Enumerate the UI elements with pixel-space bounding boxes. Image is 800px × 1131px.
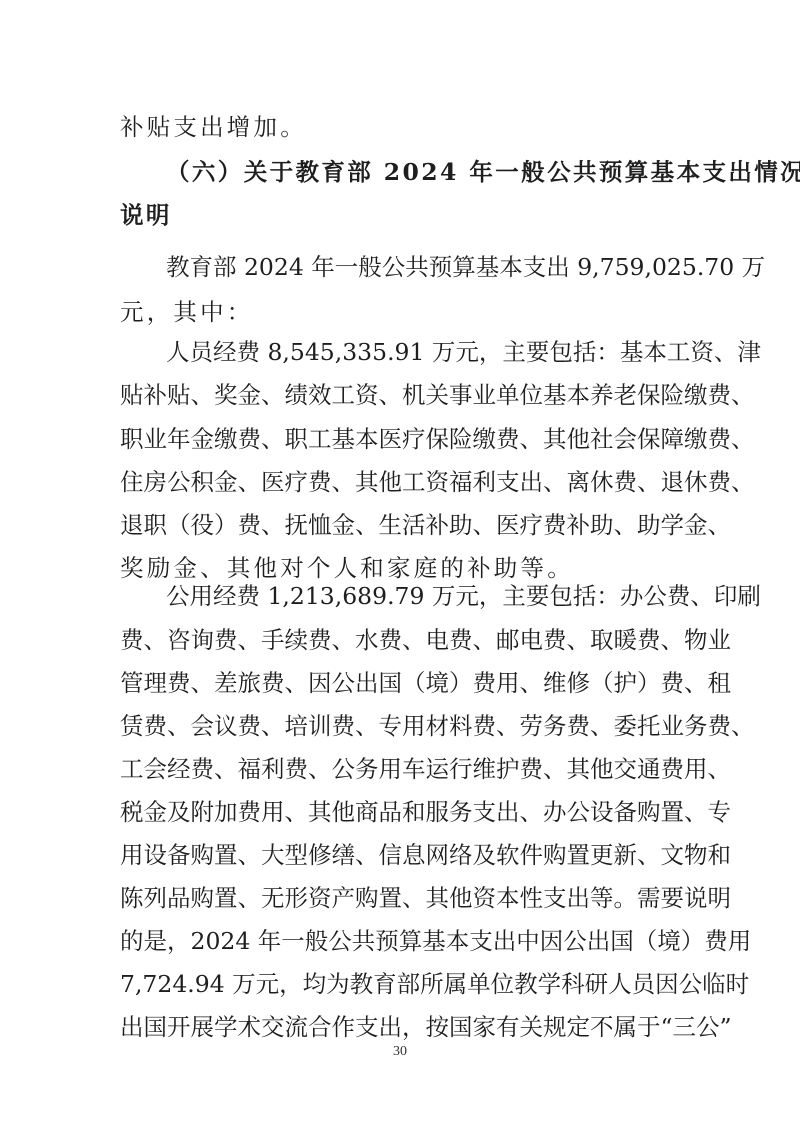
paragraph-line: 陈列品购置、无形资产购置、其他资本性支出等。需要说明 bbox=[120, 883, 680, 913]
document-page: 补贴支出增加。 （六）关于教育部 2024 年一般公共预算基本支出情况 说明 教… bbox=[0, 0, 800, 1131]
paragraph-line: 贴补贴、奖金、绩效工资、机关事业单位基本养老保险缴费、 bbox=[120, 380, 680, 410]
paragraph-line: 的是，2024 年一般公共预算基本支出中因公出国（境）费用 bbox=[120, 926, 680, 956]
paragraph-line: 公用经费 1,213,689.79 万元，主要包括：办公费、印刷 bbox=[166, 581, 680, 611]
paragraph-line: 奖励金、其他对个人和家庭的补助等。 bbox=[120, 553, 680, 583]
paragraph-line: 职业年金缴费、职工基本医疗保险缴费、其他社会保障缴费、 bbox=[120, 424, 680, 454]
section-heading-continued: 说明 bbox=[120, 200, 680, 230]
page-number: 30 bbox=[0, 1044, 800, 1060]
paragraph-line: 出国开展学术交流合作支出，按国家有关规定不属于“三公” bbox=[120, 1012, 680, 1042]
paragraph-line: 税金及附加费用、其他商品和服务支出、办公设备购置、专 bbox=[120, 797, 680, 827]
paragraph-line: 管理费、差旅费、因公出国（境）费用、维修（护）费、租 bbox=[120, 668, 680, 698]
paragraph-line: 退职（役）费、抚恤金、生活补助、医疗费补助、助学金、 bbox=[120, 510, 680, 540]
paragraph-line: 费、咨询费、手续费、水费、电费、邮电费、取暖费、物业 bbox=[120, 625, 680, 655]
paragraph-line: 教育部 2024 年一般公共预算基本支出 9,759,025.70 万 bbox=[166, 252, 680, 282]
paragraph-line: 补贴支出增加。 bbox=[120, 112, 680, 142]
paragraph-line: 人员经费 8,545,335.91 万元，主要包括：基本工资、津 bbox=[166, 337, 680, 367]
paragraph-line: 工会经费、福利费、公务用车运行维护费、其他交通费用、 bbox=[120, 754, 680, 784]
paragraph-line: 赁费、会议费、培训费、专用材料费、劳务费、委托业务费、 bbox=[120, 711, 680, 741]
section-heading: （六）关于教育部 2024 年一般公共预算基本支出情况 bbox=[166, 157, 680, 187]
paragraph-line: 住房公积金、医疗费、其他工资福利支出、离休费、退休费、 bbox=[120, 467, 680, 497]
paragraph-line: 用设备购置、大型修缮、信息网络及软件购置更新、文物和 bbox=[120, 840, 680, 870]
paragraph-line: 7,724.94 万元，均为教育部所属单位教学科研人员因公临时 bbox=[120, 969, 680, 999]
paragraph-line: 元，其中： bbox=[120, 297, 680, 327]
